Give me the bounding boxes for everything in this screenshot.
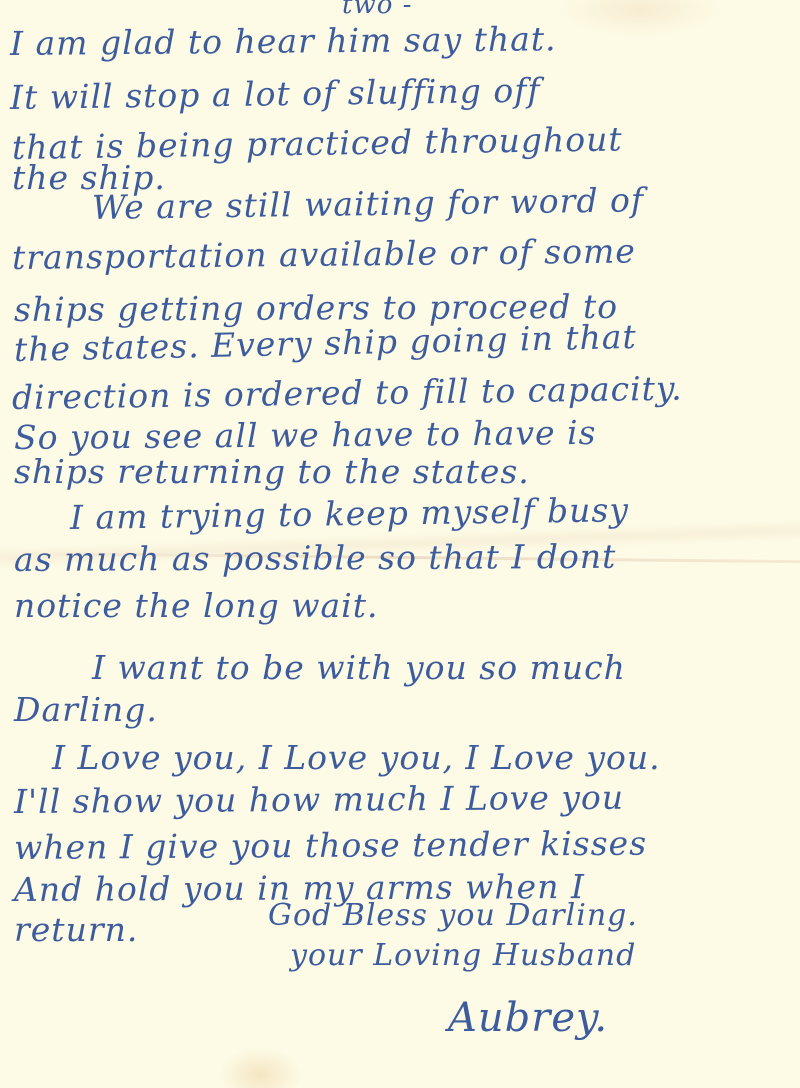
letter-line-2: It will stop a lot of sluffing off [10, 71, 541, 117]
letter-line-10: So you see all we have to have is [14, 413, 597, 457]
letter-line-13: as much as possible so that I dont [14, 537, 617, 579]
letter-line-18: I'll show you how much I Love you [14, 778, 624, 821]
letter-line-14: notice the long wait. [14, 586, 379, 625]
signature: Aubrey. [448, 995, 608, 1041]
letter-line-6: transportation available or of some [12, 231, 636, 277]
letter-line-19: when I give you those tender kisses [14, 824, 647, 867]
page-label: two - [342, 0, 412, 20]
letter-line-16: Darling. [14, 690, 158, 729]
letter-line-12: I am trying to keep myself busy [70, 490, 629, 537]
closing-valediction: your Loving Husband [290, 938, 636, 973]
letter-line-5: We are still waiting for word of [92, 180, 645, 227]
closing-blessing: God Bless you Darling. [268, 898, 638, 933]
letter-line-11: ships returning to the states. [14, 452, 530, 491]
letter-line-17: I Love you, I Love you, I Love you. [52, 738, 661, 777]
letter-line-15: I want to be with you so much [92, 648, 626, 687]
letter-line-1: I am glad to hear him say that. [10, 19, 557, 63]
letter-line-21: return. [14, 910, 138, 949]
